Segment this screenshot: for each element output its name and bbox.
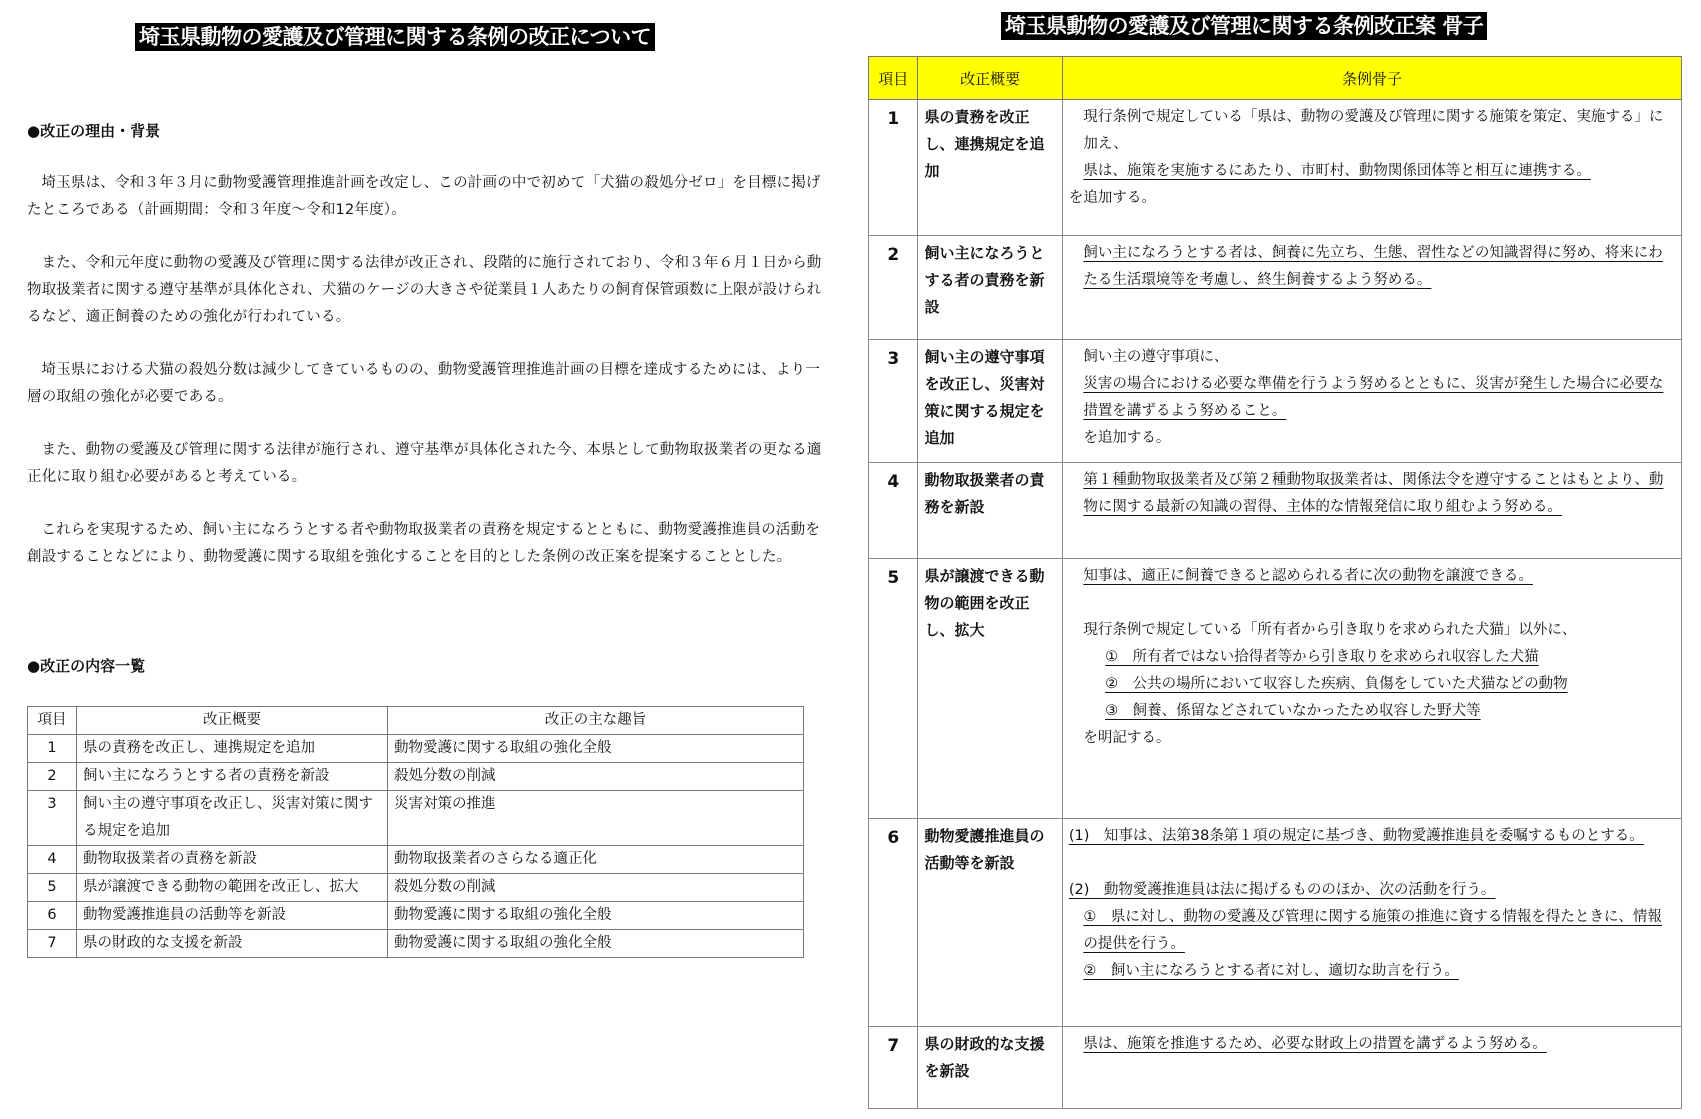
row-skeleton: 知事は、適正に飼養できると認められる者に次の動物を譲渡できる。 現行条例で規定し…: [1062, 559, 1681, 819]
row-num: 3: [28, 791, 77, 846]
skeleton-list-item: ③ 飼養、係留などされていなかったため収容した野犬等: [1069, 698, 1675, 725]
summary-table-header: 項目 改正概要 改正の主な趣旨: [28, 707, 804, 735]
row-summary: 県の責務を改正し、連携規定を追加: [918, 100, 1062, 236]
table-row: 3 飼い主の遵守事項を改正し、災害対策に関する規定を追加 災害対策の推進: [28, 791, 804, 846]
header-item: 項目: [869, 57, 918, 100]
left-page-title: 埼玉県動物の愛護及び管理に関する条例の改正について: [135, 23, 655, 51]
row-skeleton: 飼い主になろうとする者は、飼養に先立ち、生態、習性などの知識習得に努め、将来にわ…: [1062, 236, 1681, 340]
row-summary: 飼い主の遵守事項を改正し、災害対策に関する規定を追加: [918, 340, 1062, 463]
row-purpose: 動物愛護に関する取組の強化全般: [388, 930, 804, 958]
reason-paragraph-3: 埼玉県における犬猫の殺処分数は減少してきているものの、動物愛護管理推進計画の目標…: [27, 357, 827, 411]
row-summary: 県が譲渡できる動物の範囲を改正し、拡大: [77, 874, 388, 902]
row-skeleton: 県は、施策を推進するため、必要な財政上の措置を講ずるよう努める。: [1062, 1027, 1681, 1109]
row-summary: 飼い主になろうとする者の責務を新設: [77, 763, 388, 791]
row-summary: 動物取扱業者の責務を新設: [77, 846, 388, 874]
skeleton-line-amendment: 県は、施策を実施するにあたり、市町村、動物関係団体等と相互に連携する。: [1069, 158, 1675, 185]
row-purpose: 動物愛護に関する取組の強化全般: [388, 902, 804, 930]
skeleton-line-amendment: 飼い主になろうとする者は、飼養に先立ち、生態、習性などの知識習得に努め、将来にわ…: [1069, 240, 1675, 294]
row-num: 1: [28, 735, 77, 763]
reason-heading: ●改正の理由・背景: [27, 120, 160, 141]
skeleton-line: を追加する。: [1069, 185, 1675, 212]
row-summary: 動物愛護推進員の活動等を新設: [77, 902, 388, 930]
row-num: 3: [869, 340, 918, 463]
row-purpose: 殺処分数の削減: [388, 874, 804, 902]
table-row: 4 動物取扱業者の責務を新設 動物取扱業者のさらなる適正化: [28, 846, 804, 874]
row-skeleton: 飼い主の遵守事項に、 災害の場合における必要な準備を行うよう努めるとともに、災害…: [1062, 340, 1681, 463]
skeleton-line-amendment: 第１種動物取扱業者及び第２種動物取扱業者は、関係法令を遵守することはもとより、動…: [1069, 467, 1675, 521]
header-purpose: 改正の主な趣旨: [388, 707, 804, 735]
row-num: 6: [869, 819, 918, 1027]
skeleton-table: 項目 改正概要 条例骨子 1 県の責務を改正し、連携規定を追加 現行条例で規定し…: [868, 56, 1682, 1109]
table-row: 6 動物愛護推進員の活動等を新設 動物愛護に関する取組の強化全般: [28, 902, 804, 930]
right-page-title: 埼玉県動物の愛護及び管理に関する条例改正案 骨子: [1001, 12, 1487, 40]
row-num: 4: [869, 463, 918, 559]
skeleton-list-item: ② 飼い主になろうとする者に対し、適切な助言を行う。: [1069, 958, 1675, 985]
row-purpose: 動物愛護に関する取組の強化全般: [388, 735, 804, 763]
reason-paragraph-1: 埼玉県は、令和３年３月に動物愛護管理推進計画を改定し、この計画の中で初めて「犬猫…: [27, 170, 827, 224]
row-summary: 動物取扱業者の責務を新設: [918, 463, 1062, 559]
skeleton-list-item: ② 公共の場所において収容した疾病、負傷をしていた犬猫などの動物: [1069, 671, 1675, 698]
row-summary: 飼い主の遵守事項を改正し、災害対策に関する規定を追加: [77, 791, 388, 846]
row-purpose: 動物取扱業者のさらなる適正化: [388, 846, 804, 874]
row-summary: 県の責務を改正し、連携規定を追加: [77, 735, 388, 763]
header-summary: 改正概要: [918, 57, 1062, 100]
table-row: 5 県が譲渡できる動物の範囲を改正し、拡大 殺処分数の削減: [28, 874, 804, 902]
row-num: 2: [28, 763, 77, 791]
row-num: 5: [28, 874, 77, 902]
list-heading: ●改正の内容一覧: [27, 655, 145, 676]
table-row: 2 飼い主になろうとする者の責務を新設 飼い主になろうとする者は、飼養に先立ち、…: [869, 236, 1682, 340]
table-row: 5 県が譲渡できる動物の範囲を改正し、拡大 知事は、適正に飼養できると認められる…: [869, 559, 1682, 819]
reason-paragraph-4: また、動物の愛護及び管理に関する法律が施行され、遵守基準が具体化された今、本県と…: [27, 437, 827, 491]
row-summary: 県の財政的な支援を新設: [77, 930, 388, 958]
header-item: 項目: [28, 707, 77, 735]
row-num: 4: [28, 846, 77, 874]
row-summary: 県が譲渡できる動物の範囲を改正し、拡大: [918, 559, 1062, 819]
skeleton-list-item: ① 所有者ではない拾得者等から引き取りを求められ収容した犬猫: [1069, 644, 1675, 671]
row-num: 2: [869, 236, 918, 340]
skeleton-line: 飼い主の遵守事項に、: [1069, 344, 1675, 371]
table-row: 3 飼い主の遵守事項を改正し、災害対策に関する規定を追加 飼い主の遵守事項に、 …: [869, 340, 1682, 463]
table-row: 1 県の責務を改正し、連携規定を追加 現行条例で規定している「県は、動物の愛護及…: [869, 100, 1682, 236]
table-row: 7 県の財政的な支援を新設 動物愛護に関する取組の強化全般: [28, 930, 804, 958]
row-num: 6: [28, 902, 77, 930]
skeleton-line-amendment: (1) 知事は、法第38条第１項の規定に基づき、動物愛護推進員を委嘱するものとす…: [1069, 823, 1675, 850]
table-row: 6 動物愛護推進員の活動等を新設 (1) 知事は、法第38条第１項の規定に基づき…: [869, 819, 1682, 1027]
skeleton-list-item: ① 県に対し、動物の愛護及び管理に関する施策の推進に資する情報を得たときに、情報…: [1069, 904, 1675, 958]
row-purpose: 殺処分数の削減: [388, 763, 804, 791]
skeleton-line-amendment: 県は、施策を推進するため、必要な財政上の措置を講ずるよう努める。: [1069, 1031, 1675, 1058]
table-row: 1 県の責務を改正し、連携規定を追加 動物愛護に関する取組の強化全般: [28, 735, 804, 763]
row-summary: 動物愛護推進員の活動等を新設: [918, 819, 1062, 1027]
skeleton-line-amendment: (2) 動物愛護推進員は法に掲げるもののほか、次の活動を行う。: [1069, 877, 1675, 904]
skeleton-table-header: 項目 改正概要 条例骨子: [869, 57, 1682, 100]
row-skeleton: 第１種動物取扱業者及び第２種動物取扱業者は、関係法令を遵守することはもとより、動…: [1062, 463, 1681, 559]
row-num: 5: [869, 559, 918, 819]
row-num: 7: [869, 1027, 918, 1109]
row-skeleton: 現行条例で規定している「県は、動物の愛護及び管理に関する施策を策定、実施する」に…: [1062, 100, 1681, 236]
skeleton-line-amendment: 災害の場合における必要な準備を行うよう努めるとともに、災害が発生した場合に必要な…: [1069, 371, 1675, 425]
row-purpose: 災害対策の推進: [388, 791, 804, 846]
skeleton-line: 現行条例で規定している「県は、動物の愛護及び管理に関する施策を策定、実施する」に…: [1069, 104, 1675, 158]
table-row: 7 県の財政的な支援を新設 県は、施策を推進するため、必要な財政上の措置を講ずる…: [869, 1027, 1682, 1109]
reason-paragraph-2: また、令和元年度に動物の愛護及び管理に関する法律が改正され、段階的に施行されてお…: [27, 250, 827, 331]
row-summary: 県の財政的な支援を新設: [918, 1027, 1062, 1109]
summary-table: 項目 改正概要 改正の主な趣旨 1 県の責務を改正し、連携規定を追加 動物愛護に…: [27, 706, 804, 958]
skeleton-line: 現行条例で規定している「所有者から引き取りを求められた犬猫」以外に、: [1069, 617, 1675, 644]
reason-paragraph-5: これらを実現するため、飼い主になろうとする者や動物取扱業者の責務を規定するととも…: [27, 517, 827, 571]
row-summary: 飼い主になろうとする者の責務を新設: [918, 236, 1062, 340]
skeleton-line: を追加する。: [1069, 425, 1675, 452]
row-num: 7: [28, 930, 77, 958]
header-summary: 改正概要: [77, 707, 388, 735]
header-skeleton: 条例骨子: [1062, 57, 1681, 100]
skeleton-line: を明記する。: [1069, 725, 1675, 752]
table-row: 4 動物取扱業者の責務を新設 第１種動物取扱業者及び第２種動物取扱業者は、関係法…: [869, 463, 1682, 559]
skeleton-line-amendment: 知事は、適正に飼養できると認められる者に次の動物を譲渡できる。: [1069, 563, 1675, 590]
row-num: 1: [869, 100, 918, 236]
row-skeleton: (1) 知事は、法第38条第１項の規定に基づき、動物愛護推進員を委嘱するものとす…: [1062, 819, 1681, 1027]
table-row: 2 飼い主になろうとする者の責務を新設 殺処分数の削減: [28, 763, 804, 791]
